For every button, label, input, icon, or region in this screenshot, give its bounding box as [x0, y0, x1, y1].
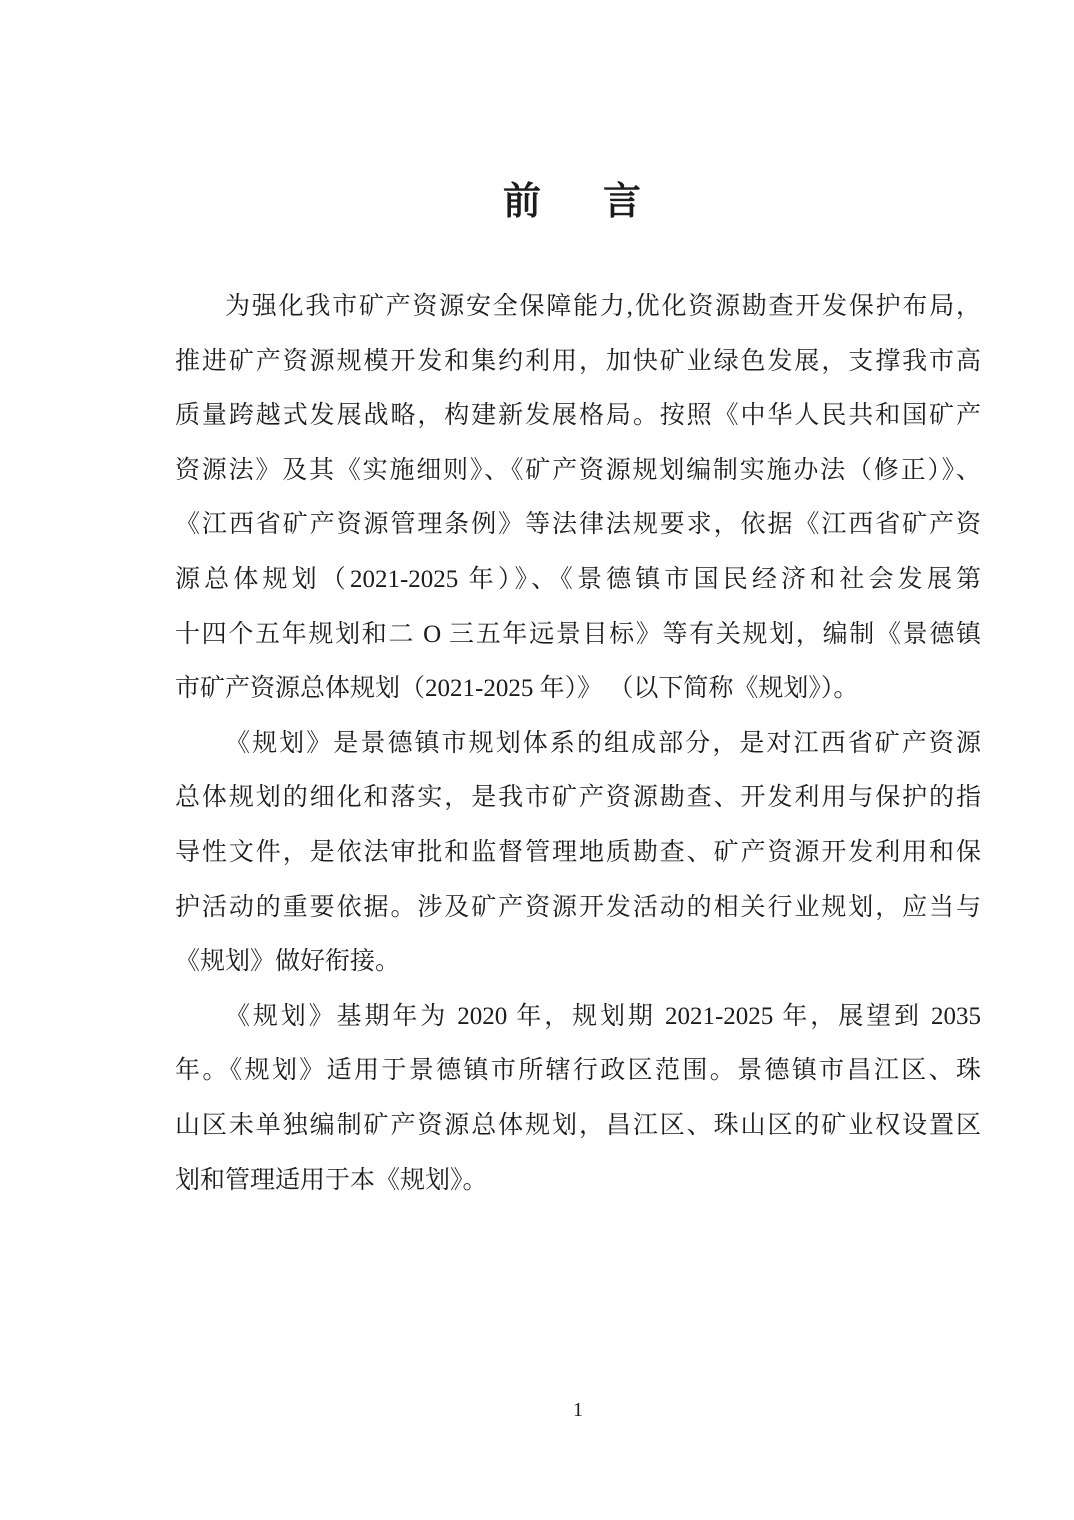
text-line: 市矿产资源总体规划（2021-2025 年）》 （以下简称《规划》）。: [175, 662, 981, 717]
paragraph: 《规划》基期年为 2020 年，规划期 2021-2025 年，展望到 2035…: [175, 990, 981, 1208]
text-line: 划和管理适用于本《规划》。: [175, 1154, 981, 1209]
content-column: 前 言 为强化我市矿产资源安全保障能力,优化资源勘查开发保护布局， 推进矿产资源…: [175, 0, 981, 1520]
page-title: 前 言: [175, 172, 981, 232]
text-line: 年。《规划》适用于景德镇市所辖行政区范围。景德镇市昌江区、珠: [175, 1044, 981, 1099]
paragraph: 《规划》是景德镇市规划体系的组成部分，是对江西省矿产资源 总体规划的细化和落实，…: [175, 717, 981, 990]
text-line: 十四个五年规划和二 O 三五年远景目标》等有关规划，编制《景德镇: [175, 608, 981, 663]
document-page: 前 言 为强化我市矿产资源安全保障能力,优化资源勘查开发保护布局， 推进矿产资源…: [0, 0, 1074, 1520]
text-line: 推进矿产资源规模开发和集约利用，加快矿业绿色发展，支撑我市高: [175, 335, 981, 390]
page-number: 1: [175, 1396, 981, 1424]
text-line: 《规划》基期年为 2020 年，规划期 2021-2025 年，展望到 2035: [175, 990, 981, 1045]
text-line: 总体规划的细化和落实，是我市矿产资源勘查、开发利用与保护的指: [175, 771, 981, 826]
text-line: 资源法》及其《实施细则》、《矿产资源规划编制实施办法（修正）》、: [175, 444, 981, 499]
text-line: 《江西省矿产资源管理条例》等法律法规要求，依据《江西省矿产资: [175, 498, 981, 553]
body-text: 为强化我市矿产资源安全保障能力,优化资源勘查开发保护布局， 推进矿产资源规模开发…: [175, 280, 981, 1208]
text-line: 《规划》做好衔接。: [175, 935, 981, 990]
paragraph: 为强化我市矿产资源安全保障能力,优化资源勘查开发保护布局， 推进矿产资源规模开发…: [175, 280, 981, 717]
text-line: 山区未单独编制矿产资源总体规划，昌江区、珠山区的矿业权设置区: [175, 1099, 981, 1154]
text-line: 《规划》是景德镇市规划体系的组成部分，是对江西省矿产资源: [175, 717, 981, 772]
text-line: 源总体规划（2021-2025 年）》、《景德镇市国民经济和社会发展第: [175, 553, 981, 608]
text-line: 导性文件，是依法审批和监督管理地质勘查、矿产资源开发利用和保: [175, 826, 981, 881]
text-line: 为强化我市矿产资源安全保障能力,优化资源勘查开发保护布局，: [175, 280, 981, 335]
text-line: 护活动的重要依据。涉及矿产资源开发活动的相关行业规划，应当与: [175, 881, 981, 936]
text-line: 质量跨越式发展战略，构建新发展格局。按照《中华人民共和国矿产: [175, 389, 981, 444]
